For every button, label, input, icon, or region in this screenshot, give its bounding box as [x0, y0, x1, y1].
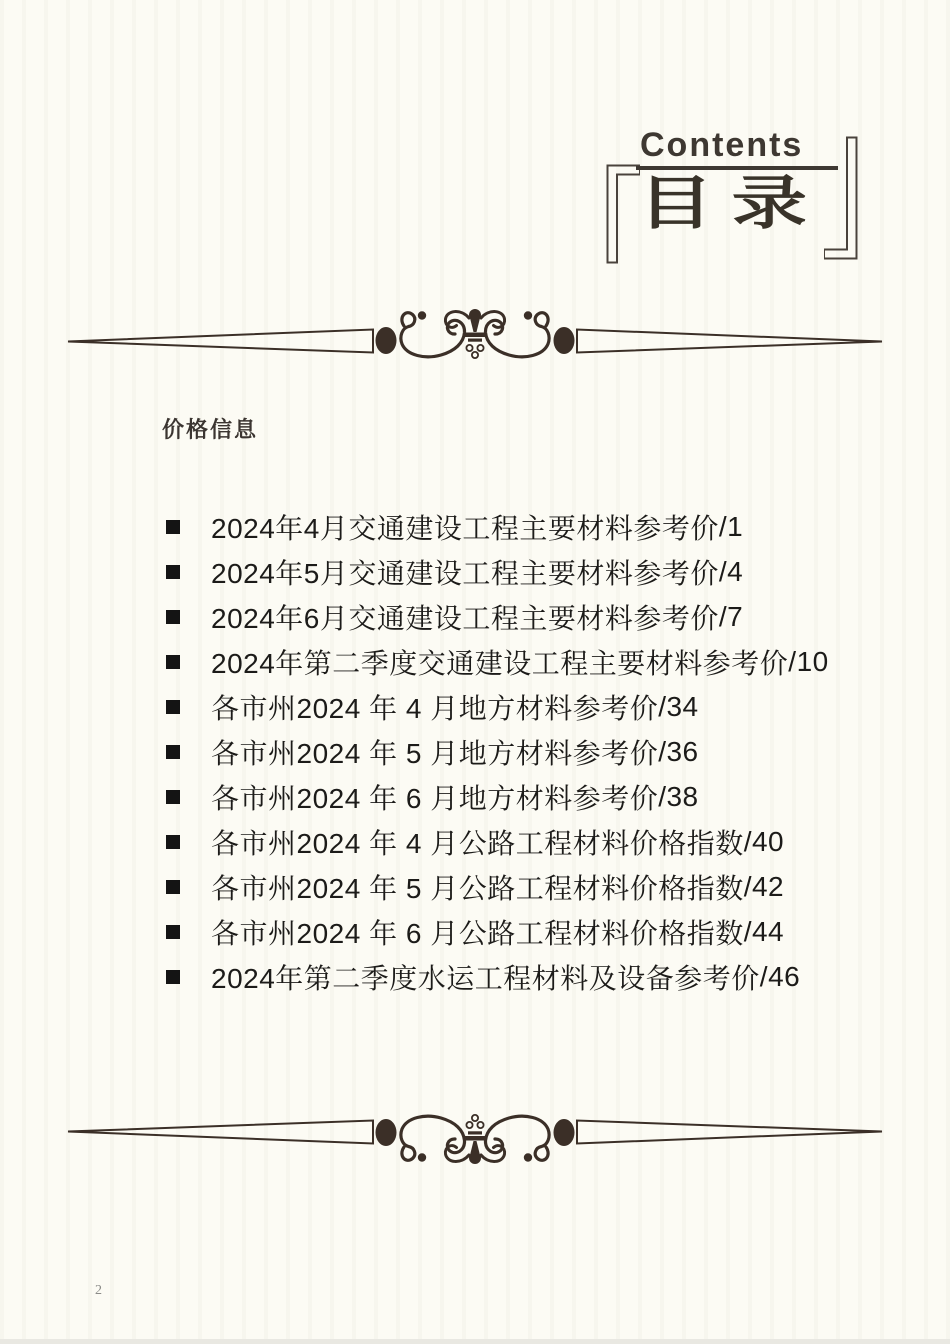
flourish-divider-icon — [65, 1098, 885, 1168]
section-heading: 价格信息 — [162, 413, 258, 444]
square-bullet-icon — [166, 745, 180, 759]
toc-separator: / — [760, 961, 768, 993]
toc-item: 各市州2024 年 5 月公路工程材料价格指数/42 — [166, 872, 829, 901]
toc-item-page: 1 — [727, 511, 743, 543]
toc-item-title: 各市州2024 年 4 月地方材料参考价 — [211, 687, 658, 727]
toc-separator: / — [744, 871, 752, 903]
toc-item-page: 7 — [727, 601, 743, 633]
toc-item-page: 36 — [666, 736, 698, 768]
toc-item-page: 4 — [727, 556, 743, 588]
header-title-chinese: 目录 — [638, 175, 950, 233]
toc-item-title: 各市州2024 年 6 月公路工程材料价格指数 — [211, 912, 744, 952]
toc-item-title: 各市州2024 年 6 月地方材料参考价 — [211, 777, 658, 817]
toc-list: 2024年4月交通建设工程主要材料参考价/1 2024年5月交通建设工程主要材料… — [166, 512, 829, 1007]
toc-separator: / — [744, 916, 752, 948]
toc-item-title: 2024年第二季度交通建设工程主要材料参考价 — [211, 642, 788, 682]
toc-item: 各市州2024 年 5 月地方材料参考价/36 — [166, 737, 829, 766]
toc-item: 各市州2024 年 4 月公路工程材料价格指数/40 — [166, 827, 829, 856]
square-bullet-icon — [166, 520, 180, 534]
toc-separator: / — [788, 646, 796, 678]
scan-edge-artifact — [0, 1339, 950, 1344]
toc-item: 各市州2024 年 6 月公路工程材料价格指数/44 — [166, 917, 829, 946]
toc-item: 2024年5月交通建设工程主要材料参考价/4 — [166, 557, 829, 586]
scanned-document-page: Contents 目录 价格信息 2024年4月交通建设工程主要材料参考价/1 … — [0, 0, 950, 1344]
toc-item-page: 40 — [752, 826, 784, 858]
square-bullet-icon — [166, 790, 180, 804]
toc-separator: / — [658, 736, 666, 768]
toc-item-page: 44 — [752, 916, 784, 948]
toc-item-page: 10 — [797, 646, 829, 678]
toc-separator: / — [658, 691, 666, 723]
flourish-divider-icon — [65, 305, 885, 375]
toc-separator: / — [658, 781, 666, 813]
toc-separator: / — [744, 826, 752, 858]
toc-item: 2024年第二季度交通建设工程主要材料参考价/10 — [166, 647, 829, 676]
toc-item-title: 各市州2024 年 5 月公路工程材料价格指数 — [211, 867, 744, 907]
toc-item: 2024年4月交通建设工程主要材料参考价/1 — [166, 512, 829, 541]
square-bullet-icon — [166, 880, 180, 894]
toc-item-page: 46 — [768, 961, 800, 993]
square-bullet-icon — [166, 700, 180, 714]
toc-item: 2024年第二季度水运工程材料及设备参考价/46 — [166, 962, 829, 991]
right-corner-bracket-icon — [824, 136, 860, 260]
square-bullet-icon — [166, 610, 180, 624]
page-number: 2 — [95, 1283, 102, 1299]
toc-item-title: 2024年5月交通建设工程主要材料参考价 — [211, 552, 719, 592]
square-bullet-icon — [166, 655, 180, 669]
toc-item: 2024年6月交通建设工程主要材料参考价/7 — [166, 602, 829, 631]
toc-separator: / — [719, 556, 727, 588]
toc-item-title: 2024年4月交通建设工程主要材料参考价 — [211, 507, 719, 547]
toc-item-page: 38 — [666, 781, 698, 813]
header-title-english: Contents — [640, 128, 900, 162]
toc-separator: / — [719, 601, 727, 633]
toc-item-page: 34 — [666, 691, 698, 723]
toc-item: 各市州2024 年 6 月地方材料参考价/38 — [166, 782, 829, 811]
toc-item-page: 42 — [752, 871, 784, 903]
square-bullet-icon — [166, 925, 180, 939]
toc-item-title: 各市州2024 年 5 月地方材料参考价 — [211, 732, 658, 772]
square-bullet-icon — [166, 565, 180, 579]
title-underline — [636, 166, 838, 170]
toc-item-title: 各市州2024 年 4 月公路工程材料价格指数 — [211, 822, 744, 862]
square-bullet-icon — [166, 970, 180, 984]
toc-item: 各市州2024 年 4 月地方材料参考价/34 — [166, 692, 829, 721]
square-bullet-icon — [166, 835, 180, 849]
toc-item-title: 2024年第二季度水运工程材料及设备参考价 — [211, 957, 760, 997]
toc-separator: / — [719, 511, 727, 543]
ornamental-divider-bottom — [65, 1098, 885, 1168]
toc-item-title: 2024年6月交通建设工程主要材料参考价 — [211, 597, 719, 637]
ornamental-divider-top — [65, 305, 885, 375]
